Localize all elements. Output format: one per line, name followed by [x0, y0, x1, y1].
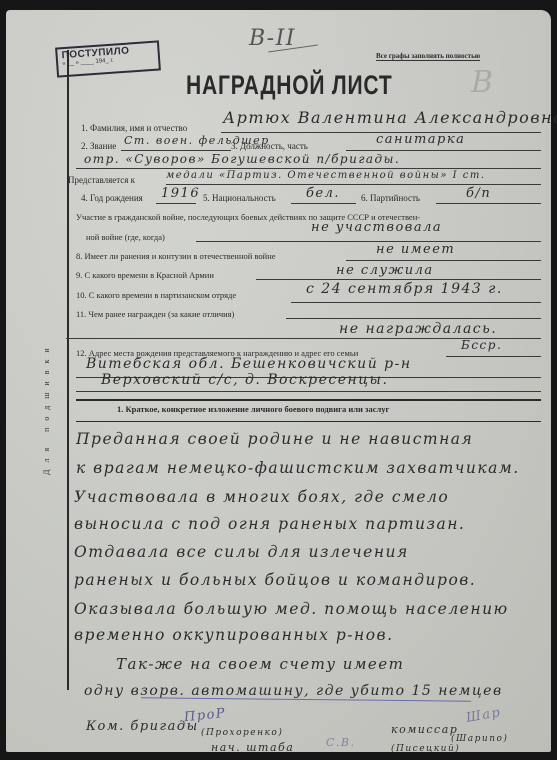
field-8-value: не имеет — [376, 242, 455, 257]
field-12-value-cont1: Витебская обл. Бешенковичский р-н — [86, 356, 412, 372]
field-10-label: 10. С какого времени в партизанском отря… — [76, 290, 236, 300]
field-7-value: не участвовала — [311, 220, 442, 235]
field-7-line — [196, 241, 541, 242]
received-stamp: ПОСТУПИЛО « __ » ____ 194_ г. — [55, 40, 161, 77]
side-label: Для подшивки — [42, 255, 51, 475]
section-top-rule — [76, 399, 541, 401]
page-title: НАГРАДНОЙ ЛИСТ — [186, 70, 393, 101]
narrative-line-2: к врагам немецко-фашистским захватчикам. — [76, 459, 520, 477]
field-4-label: 4. Год рождения — [81, 193, 143, 203]
commissar-label: комиссар — [391, 723, 458, 736]
narrative-line-4: выносила с под огня раненых партизан. — [74, 515, 465, 533]
field-3-value-cont: отр. «Суворов» Богушевской п/бригады. — [84, 152, 400, 166]
narrative-line-6: раненых и больных бойцов и командиров. — [74, 571, 476, 589]
award-sheet-paper: В-II В ПОСТУПИЛО « __ » ____ 194_ г. Все… — [6, 10, 551, 752]
field-3-line-cont — [76, 168, 541, 169]
instruction-text: Все графы заполнять полностью — [376, 52, 480, 61]
field-8-label: 8. Имеет ли ранения и контузии в отечест… — [76, 251, 276, 261]
field-6-line — [436, 203, 541, 204]
field-1-label: 1. Фамилия, имя и отчество — [81, 123, 187, 133]
field-11-label: 11. Чем ранее награжден (за какие отличи… — [76, 309, 234, 319]
field-8-line — [346, 260, 541, 261]
field-6-value: б/п — [466, 186, 491, 201]
chief-of-staff-label: нач. штаба — [211, 741, 294, 754]
commander-signature: ПроР — [183, 706, 227, 725]
field-12-value: Бсср. — [461, 338, 502, 352]
field-7-label-cont: ной войне (где, когда) — [86, 232, 165, 242]
field-5-line — [291, 203, 356, 204]
field-10-line — [291, 302, 541, 303]
commander-name: (Прохоренко) — [201, 728, 283, 738]
archive-mark: В-II — [249, 26, 296, 51]
field-12-line — [446, 356, 541, 357]
field-2-label: 2. Звание — [81, 141, 116, 151]
pencil-mark: В — [471, 65, 495, 100]
field-12-line-cont2 — [76, 391, 541, 392]
field-12-value-cont2: Верховский с/с, д. Воскресенцы. — [101, 372, 388, 388]
field-4-value: 1916 — [161, 186, 200, 201]
commissar-signature: Шар — [465, 705, 502, 726]
commander-label: Ком. бригады — [86, 719, 199, 734]
chief-signature: С.В. — [326, 736, 356, 749]
field-2-line — [121, 150, 231, 151]
field-4-line — [156, 203, 196, 204]
third-signatory-name: (Писецкий) — [391, 744, 460, 754]
narrative-line-3: Участвовала в многих боях, где смело — [74, 488, 449, 506]
presented-label: Представляется к — [68, 175, 135, 185]
margin-line — [67, 50, 69, 690]
narrative-line-5: Отдавала все силы для излечения — [74, 543, 409, 561]
field-6-label: 6. Партийность — [361, 193, 420, 203]
field-5-value: бел. — [306, 186, 340, 201]
field-10-value: с 24 сентября 1943 г. — [306, 281, 503, 297]
narrative-line-1: Преданная своей родине и не навистная — [76, 430, 473, 448]
field-5-label: 5. Национальность — [203, 193, 276, 203]
field-9-line — [256, 279, 541, 280]
narrative-line-8: временно оккупированных р-нов. — [74, 626, 394, 644]
section-bottom-rule — [76, 421, 541, 422]
section-heading: 1. Краткое, конкретное изложение личного… — [117, 404, 389, 414]
presented-value: медали «Партиз. Отечественной войны» I с… — [166, 170, 486, 181]
field-1-value: Артюх Валентина Александровна — [223, 108, 557, 127]
field-3-value: санитарка — [376, 132, 465, 147]
presented-line — [166, 184, 541, 185]
commissar-name: (Шарипо) — [451, 734, 508, 744]
field-9-value: не служила — [336, 263, 434, 278]
narrative-line-9: Так-же на своем счету имеет — [116, 655, 404, 673]
field-3-line — [346, 150, 541, 151]
field-11-line — [286, 318, 541, 319]
narrative-line-7: Оказывала большую мед. помощь населению — [74, 600, 509, 618]
field-9-label: 9. С какого времени в Красной Армии — [76, 270, 214, 280]
field-11-value: не награждалась. — [339, 321, 497, 337]
field-3-label: 3. Должность, часть — [231, 141, 308, 151]
